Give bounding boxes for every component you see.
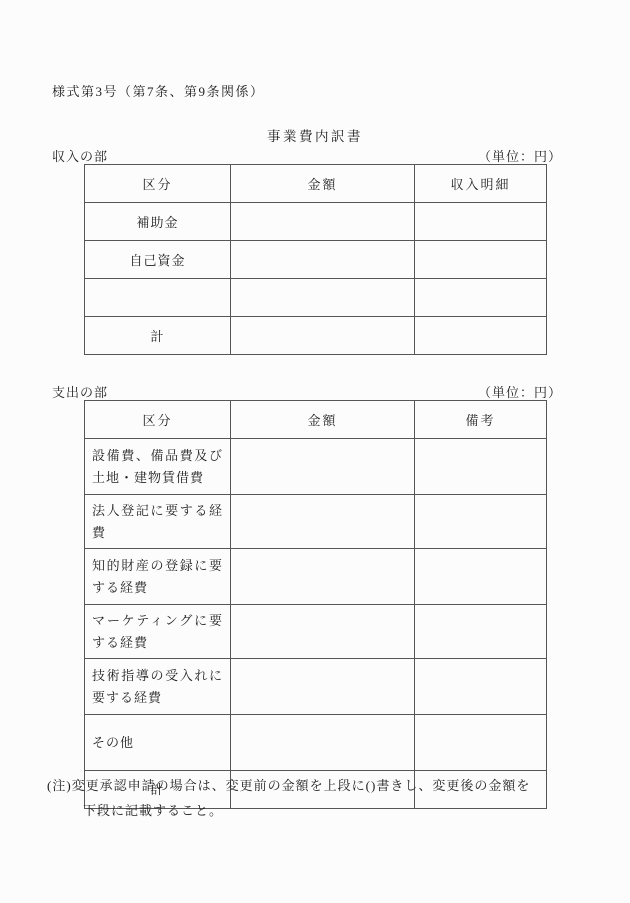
expenditure-row-marketing: マーケティングに要する経費 — [85, 605, 547, 659]
income-total-label-cell: 計 — [85, 317, 231, 355]
income-category-cell — [85, 279, 231, 317]
income-category-cell: 補助金 — [85, 203, 231, 241]
expenditure-amount-cell — [231, 495, 415, 549]
expenditure-category-cell: 知的財産の登録に要する経費 — [85, 549, 231, 605]
expenditure-amount-cell — [231, 549, 415, 605]
expenditure-amount-cell — [231, 659, 415, 715]
expenditure-table: 区分 金額 備考 設備費、備品費及び土地・建物賃借費 法人登記に要する経費 知的… — [84, 400, 547, 809]
income-col-detail: 収入明細 — [415, 165, 547, 203]
income-row-blank — [85, 279, 547, 317]
expenditure-row-other: その他 — [85, 715, 547, 771]
form-number: 様式第3号（第7条、第9条関係） — [52, 81, 265, 100]
expenditure-amount-cell — [231, 715, 415, 771]
expenditure-category-cell: マーケティングに要する経費 — [85, 605, 231, 659]
expenditure-row-equipment: 設備費、備品費及び土地・建物賃借費 — [85, 439, 547, 495]
expenditure-category-cell: 設備費、備品費及び土地・建物賃借費 — [85, 439, 231, 495]
expenditure-header-row: 区分 金額 備考 — [85, 401, 547, 439]
income-row-subsidy: 補助金 — [85, 203, 547, 241]
expenditure-row-registration: 法人登記に要する経費 — [85, 495, 547, 549]
income-header-row: 区分 金額 収入明細 — [85, 165, 547, 203]
income-amount-cell — [231, 203, 415, 241]
income-total-amount-cell — [231, 317, 415, 355]
expenditure-remarks-cell — [415, 495, 547, 549]
expenditure-row-technical: 技術指導の受入れに要する経費 — [85, 659, 547, 715]
expenditure-category-cell: その他 — [85, 715, 231, 771]
income-col-amount: 金額 — [231, 165, 415, 203]
document-title: 事業費内訳書 — [0, 125, 630, 145]
expenditure-remarks-cell — [415, 605, 547, 659]
expenditure-unit-label: （単位：円） — [478, 382, 562, 401]
expenditure-remarks-cell — [415, 659, 547, 715]
income-amount-cell — [231, 241, 415, 279]
expenditure-amount-cell — [231, 439, 415, 495]
expenditure-amount-cell — [231, 605, 415, 659]
expenditure-category-cell: 技術指導の受入れに要する経費 — [85, 659, 231, 715]
income-section-label: 収入の部 — [52, 146, 108, 165]
income-row-total: 計 — [85, 317, 547, 355]
income-category-cell: 自己資金 — [85, 241, 231, 279]
footnote: (注)変更承認申請の場合は、変更前の金額を上段に()書きし、変更後の金額を 下段… — [47, 773, 583, 823]
income-detail-cell — [415, 203, 547, 241]
expenditure-remarks-cell — [415, 715, 547, 771]
income-detail-cell — [415, 279, 547, 317]
expenditure-remarks-cell — [415, 549, 547, 605]
income-total-detail-cell — [415, 317, 547, 355]
document-page: 様式第3号（第7条、第9条関係） 事業費内訳書 収入の部 （単位：円） 区分 金… — [0, 0, 630, 903]
income-col-category: 区分 — [85, 165, 231, 203]
expenditure-section-label: 支出の部 — [52, 382, 108, 401]
expenditure-row-ip: 知的財産の登録に要する経費 — [85, 549, 547, 605]
footnote-line2: 下段に記載すること。 — [83, 798, 583, 823]
expenditure-col-remarks: 備考 — [415, 401, 547, 439]
income-section-header: 収入の部 （単位：円） — [52, 146, 562, 165]
expenditure-section-header: 支出の部 （単位：円） — [52, 382, 562, 401]
income-amount-cell — [231, 279, 415, 317]
expenditure-col-amount: 金額 — [231, 401, 415, 439]
expenditure-remarks-cell — [415, 439, 547, 495]
footnote-line1: (注)変更承認申請の場合は、変更前の金額を上段に()書きし、変更後の金額を — [47, 773, 583, 798]
income-detail-cell — [415, 241, 547, 279]
expenditure-col-category: 区分 — [85, 401, 231, 439]
expenditure-category-cell: 法人登記に要する経費 — [85, 495, 231, 549]
income-unit-label: （単位：円） — [478, 146, 562, 165]
income-table: 区分 金額 収入明細 補助金 自己資金 計 — [84, 164, 547, 355]
income-row-own-funds: 自己資金 — [85, 241, 547, 279]
